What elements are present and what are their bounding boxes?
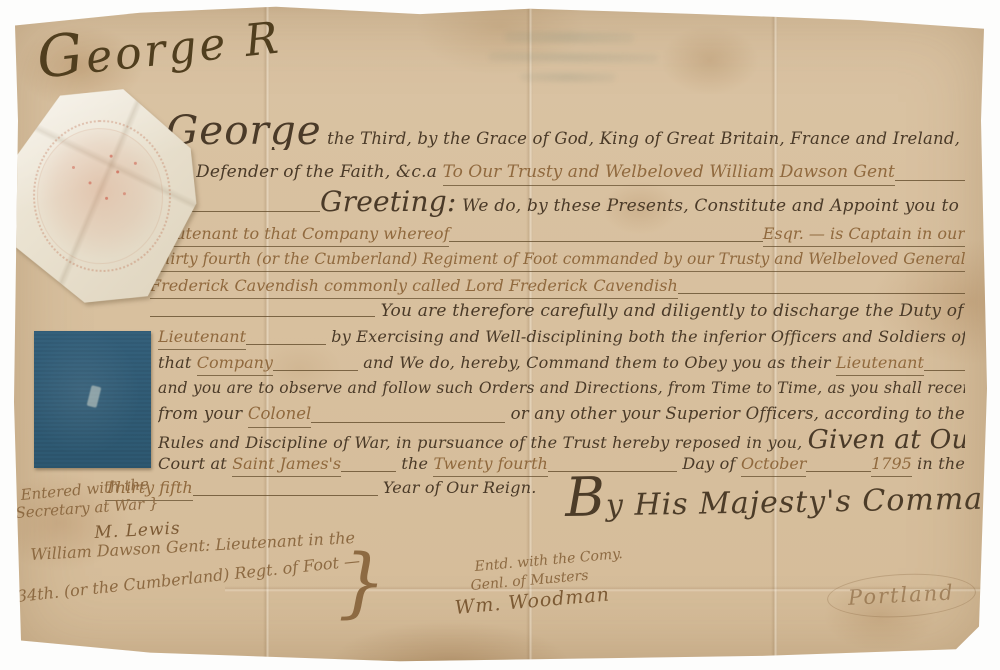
engraved-text: in the (912, 454, 965, 474)
handwritten-fill: To Our Trusty and Welbeloved William Daw… (443, 162, 895, 186)
handwritten-fill: Saint James's (232, 454, 341, 477)
document-line-9: that Company and We do, hereby, Command … (158, 353, 965, 376)
engraved-text: Court at (158, 454, 232, 474)
royal-signature-george-r: George R (34, 2, 284, 90)
handwritten-fill: Thirty fourth (or the Cumberland) Regime… (150, 250, 965, 272)
engraved-text: from your (158, 404, 248, 425)
blank-rule (678, 293, 965, 294)
document-line-10: and you are to observe and follow such O… (158, 379, 965, 398)
scan-background: George the Third, by the Grace of God, K… (0, 0, 1000, 670)
document-line-5: Thirty fourth (or the Cumberland) Regime… (150, 250, 965, 272)
handwritten-fill: Frederick Cavendish commonly called Lord… (150, 276, 678, 299)
blank-rule (924, 370, 965, 371)
document-parchment: George the Third, by the Grace of God, K… (0, 0, 1000, 670)
engraved-text: Year of Our Reign. (378, 478, 537, 498)
handwritten-fill: October (741, 454, 807, 477)
handwritten-fill: Esqr. — is Captain in our (763, 224, 965, 247)
engraved-text: and We do, hereby, Command them to Obey … (358, 353, 836, 373)
engraved-text: Rules and Discipline of War, in pursuanc… (158, 433, 808, 453)
blank-rule (150, 316, 375, 317)
document-line-7: You are therefore carefully and diligent… (150, 301, 965, 322)
engraved-text: Defender of the Faith, &c.a (196, 162, 443, 183)
portland-signature: Portland (826, 570, 977, 621)
blank-rule (341, 471, 396, 472)
handwritten-fill: 1795 (871, 454, 912, 477)
blank-rule (895, 180, 965, 181)
ink-bleedthrough (486, 27, 672, 121)
document-line-2: Defender of the Faith, &c.a To Our Trust… (196, 162, 965, 186)
document-line-6: Frederick Cavendish commonly called Lord… (150, 276, 965, 299)
handwritten-fill: Lieutenant (158, 327, 246, 350)
document-line-12: Rules and Discipline of War, in pursuanc… (158, 427, 965, 453)
handwritten-fill: Colonel (248, 404, 311, 428)
engraved-text: and you are to observe and follow such O… (158, 379, 965, 398)
document-line-11: from your Colonel or any other your Supe… (158, 404, 965, 428)
engraved-text: Day of (677, 454, 741, 474)
blank-rule (449, 241, 762, 242)
handwritten-fill: Twenty fourth (433, 454, 547, 477)
document-line-8: Lieutenant by Exercising and Well-discip… (158, 327, 965, 350)
engraved-text: that (158, 353, 197, 373)
blank-rule (246, 344, 326, 345)
engraved-text: You are therefore carefully and diligent… (375, 301, 964, 322)
engraved-text: the Third, by the Grace of God, King of … (322, 129, 960, 150)
docket-brace: } (338, 540, 386, 624)
engraved-large-text: Greeting: (320, 188, 457, 216)
blank-rule (273, 370, 358, 371)
blank-rule (193, 495, 378, 496)
blank-rule (806, 471, 871, 472)
blank-rule (311, 422, 505, 423)
royal-wafer-seal (2, 87, 201, 306)
blue-paper-patch (34, 331, 151, 468)
by-his-majestys-command: By His Majesty's Command (565, 482, 1000, 523)
handwritten-fill: Company (197, 353, 273, 376)
handwritten-fill: Lieutenant (836, 353, 924, 376)
engraved-text: the (396, 454, 433, 474)
document-line-13: Court at Saint James's the Twenty fourth… (158, 454, 965, 477)
document-line-4: Lieutenant to that Company whereofEsqr. … (150, 224, 965, 247)
engraved-text: or any other your Superior Officers, acc… (505, 404, 965, 425)
document-line-1: George the Third, by the Grace of God, K… (166, 112, 965, 150)
document-line-3: Greeting: We do, by these Presents, Cons… (150, 188, 965, 217)
engraved-large-text: Given at Our (808, 427, 965, 453)
engraved-text: We do, by these Presents, Constitute and… (457, 196, 965, 217)
engraved-text: by Exercising and Well-disciplining both… (326, 327, 965, 347)
